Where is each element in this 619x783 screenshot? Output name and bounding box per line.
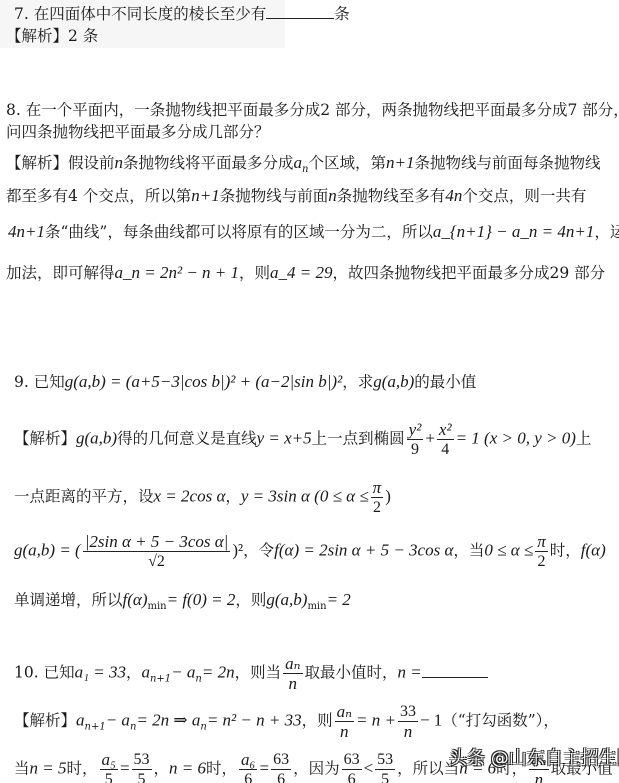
- text: 个区域，第: [309, 154, 387, 172]
- denominator: n: [338, 722, 351, 741]
- text: 条“曲线”，每条曲线都可以将原有的区域一分为二，所以: [45, 223, 433, 241]
- q8-solution-line2: 都至多有4 个交点，所以第n+1条抛物线与前面n条抛物线至多有4n个交点，则一共…: [6, 186, 586, 206]
- fraction-y2-9: y²9: [407, 420, 424, 459]
- numerator: 63: [271, 750, 291, 770]
- math: f(α) = 2sin α + 5 − 3cos α: [274, 541, 453, 560]
- text: ，运用累: [594, 223, 619, 241]
- q8-question-line1: 8. 在一个平面内，一条抛物线把平面最多分成2 部分，两条抛物线把平面最多分成7…: [6, 100, 619, 120]
- math: a_n = 2n² − n + 1: [115, 263, 240, 282]
- math: g(a,b): [266, 590, 307, 609]
- text: ，当: [453, 542, 484, 560]
- q9-solution-line3: g(a,b) = (|2sin α + 5 − 3cos α|√2)²，令f(α…: [14, 532, 606, 571]
- solution-tag: 【解析】: [6, 154, 68, 172]
- denominator: 5: [136, 770, 148, 783]
- q7-tail: 条: [334, 5, 350, 23]
- text: ，: [154, 760, 170, 778]
- text: ，则: [239, 264, 270, 282]
- text: 时，: [67, 760, 98, 778]
- math: = 2n ⇒ a: [136, 711, 200, 730]
- numerator: x²: [437, 420, 454, 440]
- fraction-63-6: 636: [342, 750, 362, 783]
- text: ，故四条抛物线把平面最多分成29 部分: [333, 264, 606, 282]
- math: n: [115, 153, 124, 172]
- numerator: 63: [342, 750, 362, 770]
- fraction-33-n: 33n: [398, 702, 418, 741]
- text: ，求: [342, 373, 373, 391]
- text: 单调递增，所以: [14, 591, 123, 609]
- math: n =: [398, 663, 422, 682]
- text: （“打勾函数”），: [442, 712, 559, 730]
- math: a: [141, 663, 150, 682]
- fraction-53-5: 535: [375, 750, 395, 783]
- watermark: 头条 @山东自主招生网: [449, 744, 619, 770]
- denominator: √2: [146, 552, 167, 571]
- solution-tag: 【解析】: [14, 430, 76, 448]
- denominator: 6: [242, 770, 254, 783]
- math: g(a,b) = (: [14, 541, 81, 560]
- q8-solution-line4: 加法，即可解得a_n = 2n² − n + 1，则a_4 = 29，故四条抛物…: [6, 263, 605, 283]
- answer-blank: [266, 18, 334, 19]
- text: 得的几何意义是直线: [117, 430, 257, 448]
- math: y = x+5: [257, 429, 312, 448]
- q7-text: 7. 在四面体中不同长度的棱长至少有: [14, 5, 266, 23]
- denominator: 4: [439, 440, 451, 459]
- solution-tag: 【解析】: [6, 27, 68, 45]
- fraction-an-n: aₙn: [335, 702, 354, 741]
- text: ，因为: [293, 760, 340, 778]
- math: − a: [106, 711, 130, 730]
- paren: ): [385, 487, 391, 506]
- q9-solution-line1: 【解析】g(a,b)得的几何意义是直线y = x+5上一点到椭圆y²9+x²4=…: [14, 420, 591, 459]
- equals: =: [259, 759, 269, 778]
- text: 10. 已知: [14, 664, 75, 682]
- q10-question: 10. 已知a₁ = 33，an+1− an= 2n，则当aₙn取最小值时，n …: [14, 654, 488, 693]
- math: = 2n: [202, 663, 235, 682]
- text: 时，: [550, 542, 581, 560]
- denominator: 9: [409, 440, 421, 459]
- text: 加法，即可解得: [6, 264, 115, 282]
- text: 假设前: [68, 154, 115, 172]
- math: g(a,b): [76, 429, 117, 448]
- math: a_{n+1} − a_n = 4n+1: [433, 222, 594, 241]
- math: )²: [232, 541, 243, 560]
- text: ，则: [235, 591, 266, 609]
- denominator: 5: [379, 770, 391, 783]
- q7-solution: 【解析】2 条: [6, 26, 98, 46]
- text: 条抛物线与前面每条抛物线: [415, 154, 601, 172]
- math: = f(0) = 2: [167, 590, 236, 609]
- fraction-abs-sqrt2: |2sin α + 5 − 3cos α|√2: [83, 532, 231, 571]
- math: a: [294, 153, 303, 172]
- text: ，令: [243, 542, 274, 560]
- plus: +: [425, 429, 435, 448]
- text: ，则当: [235, 664, 282, 682]
- denominator: n: [287, 674, 300, 693]
- text: 条抛物线将平面最多分成: [123, 154, 294, 172]
- text: ，: [225, 488, 241, 506]
- math: = 2: [327, 590, 351, 609]
- text: 上一点到椭圆: [312, 430, 405, 448]
- subscript: n+1: [150, 674, 171, 685]
- q10-solution-line1: 【解析】an+1− an= 2n ⇒ an= n² − n + 33，则aₙn=…: [14, 702, 559, 741]
- numerator: aₙ: [283, 654, 302, 674]
- fraction-a5-5: a₅5: [100, 750, 118, 783]
- math: f(α): [123, 590, 148, 609]
- numerator: π: [535, 532, 548, 552]
- fraction-a6-6: a₆6: [239, 750, 257, 783]
- less-than: <: [364, 759, 374, 778]
- math: 0 ≤ α ≤: [484, 541, 533, 560]
- math: 4n: [445, 186, 462, 205]
- denominator: 5: [103, 770, 115, 783]
- text: 都至多有4 个交点，所以第: [6, 187, 191, 205]
- text: 上: [576, 430, 592, 448]
- denominator: 2: [536, 552, 548, 571]
- text: 个交点，则一共有: [462, 187, 586, 205]
- numerator: a₅: [100, 750, 118, 770]
- math: 4n+1: [8, 222, 45, 241]
- text: 一点距离的平方，设: [14, 488, 154, 506]
- denominator: n: [402, 722, 415, 741]
- text: 时，: [206, 760, 237, 778]
- answer-blank: [422, 677, 488, 678]
- text: 的最小值: [414, 373, 476, 391]
- text: 9. 已知: [14, 373, 65, 391]
- math: n+1: [191, 186, 219, 205]
- equals: =: [120, 759, 130, 778]
- solution-tag: 【解析】: [14, 712, 76, 730]
- math: = n +: [356, 711, 396, 730]
- text: ，: [126, 664, 142, 682]
- math: a₁ = 33: [75, 663, 126, 682]
- subscript: n+1: [85, 722, 106, 733]
- math: = 1 (x > 0, y > 0): [456, 429, 576, 448]
- math: a_4 = 29: [270, 263, 332, 282]
- subscript: min: [307, 601, 326, 612]
- fraction-x2-4: x²4: [437, 420, 454, 459]
- text: 条抛物线与前面: [220, 187, 329, 205]
- subscript: min: [147, 601, 166, 612]
- math: − a: [171, 663, 195, 682]
- fraction-pi-2: π2: [535, 532, 548, 571]
- denominator: n: [533, 770, 546, 783]
- fraction-pi-2: π2: [371, 478, 384, 517]
- math: g(a,b): [373, 372, 414, 391]
- text: ，则: [302, 712, 333, 730]
- q8-solution-line3: 4n+1条“曲线”，每条曲线都可以将原有的区域一分为二，所以a_{n+1} − …: [8, 222, 619, 242]
- numerator: 53: [132, 750, 152, 770]
- q7-question: 7. 在四面体中不同长度的棱长至少有条: [14, 4, 350, 24]
- q9-solution-line4: 单调递增，所以f(α)min= f(0) = 2，则g(a,b)min= 2: [14, 590, 351, 617]
- math: n+1: [386, 153, 414, 172]
- q7-answer: 2 条: [68, 27, 98, 45]
- numerator: π: [371, 478, 384, 498]
- numerator: |2sin α + 5 − 3cos α|: [83, 532, 231, 552]
- math: n = 6: [169, 759, 206, 778]
- math: y = 3sin α (0 ≤ α ≤: [241, 487, 369, 506]
- math: n = 5: [30, 759, 67, 778]
- math: g(a,b) = (a+5−3|cos b|)² + (a−2|sin b|)²: [65, 372, 342, 391]
- math: x = 2cos α: [154, 487, 226, 506]
- text: 当: [14, 760, 30, 778]
- fraction-63-6: 636: [271, 750, 291, 783]
- math: n: [328, 186, 337, 205]
- numerator: a₆: [239, 750, 257, 770]
- fraction-an-n: aₙn: [283, 654, 302, 693]
- q8-solution-line1: 【解析】假设前n条抛物线将平面最多分成an个区域，第n+1条抛物线与前面每条抛物…: [6, 153, 601, 180]
- text: 条抛物线至多有: [337, 187, 446, 205]
- math: f(α): [581, 541, 606, 560]
- numerator: 53: [375, 750, 395, 770]
- q8-question-line2: 问四条抛物线把平面最多分成几部分？: [6, 122, 270, 142]
- math: − 1: [420, 711, 442, 730]
- numerator: aₙ: [335, 702, 354, 722]
- math: = n² − n + 33: [207, 711, 302, 730]
- fraction-53-5: 535: [132, 750, 152, 783]
- numerator: 33: [398, 702, 418, 722]
- math: a: [76, 711, 85, 730]
- text: 取最小值时，: [305, 664, 398, 682]
- denominator: 6: [346, 770, 358, 783]
- q9-question: 9. 已知g(a,b) = (a+5−3|cos b|)² + (a−2|sin…: [14, 372, 476, 392]
- denominator: 2: [371, 498, 383, 517]
- numerator: y²: [407, 420, 424, 440]
- q9-solution-line2: 一点距离的平方，设x = 2cos α，y = 3sin α (0 ≤ α ≤π…: [14, 478, 391, 517]
- denominator: 6: [275, 770, 287, 783]
